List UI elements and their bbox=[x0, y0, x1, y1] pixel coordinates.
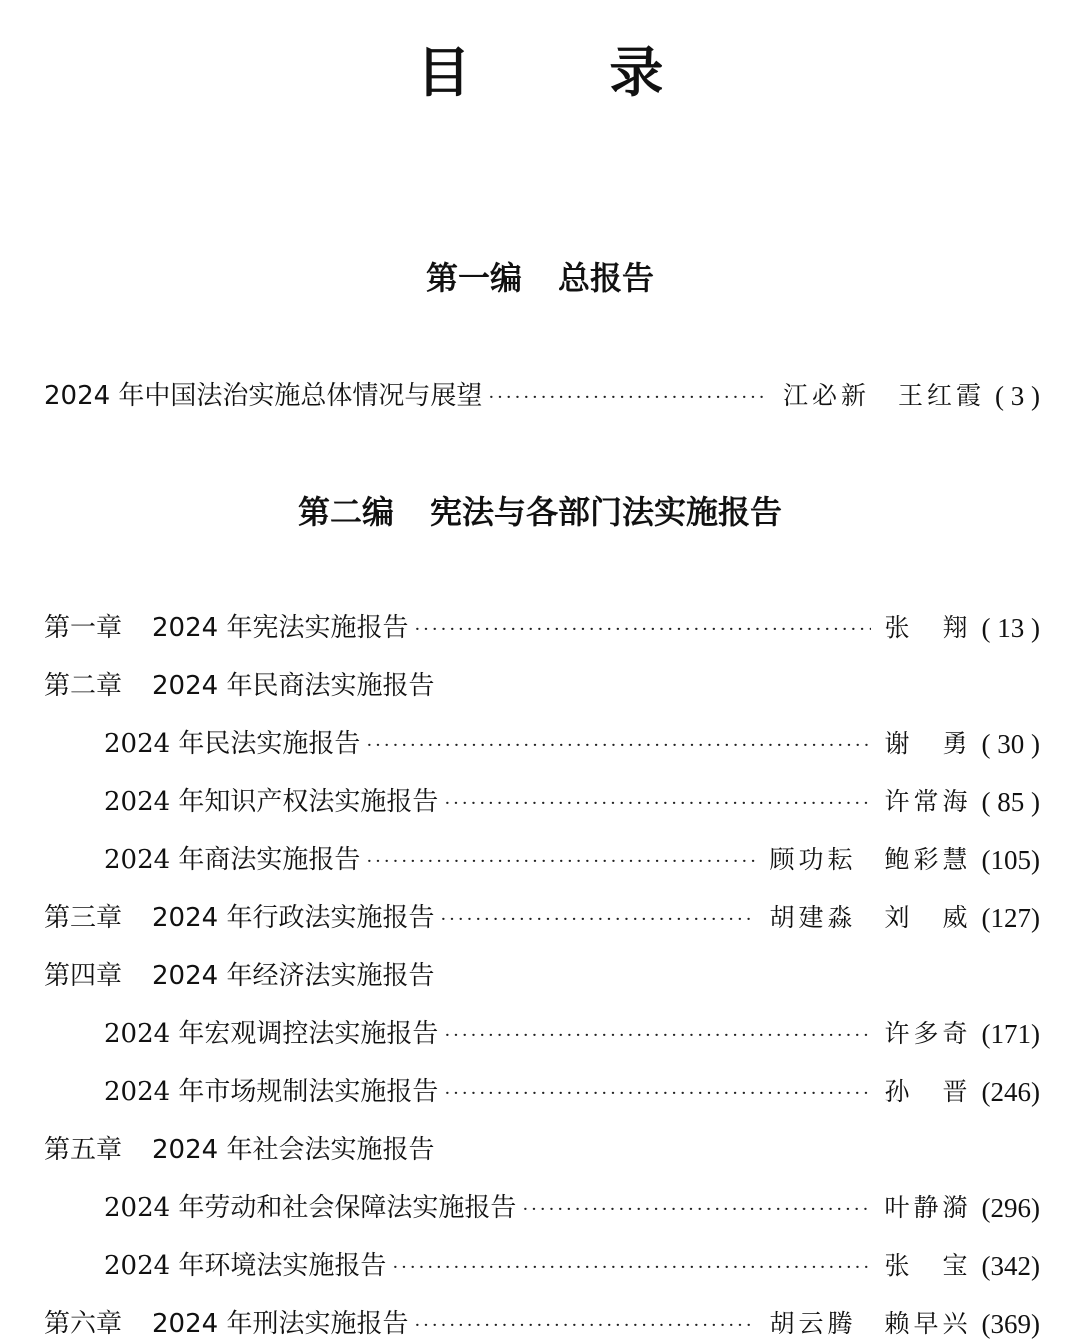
toc-entry[interactable]: 第六章 2024 年刑法实施报告 胡云腾 赖早兴 (369) bbox=[44, 1304, 1040, 1344]
entry-title: 2024 年宪法实施报告 bbox=[152, 608, 408, 648]
entry-page: (296) bbox=[982, 1188, 1040, 1228]
entry-title: 2024 年刑法实施报告 bbox=[152, 1304, 408, 1344]
toc-entry[interactable]: 2024 年知识产权法实施报告 许常海 ( 85 ) bbox=[104, 782, 1040, 822]
entry-author: 叶静漪 bbox=[885, 1188, 972, 1228]
page-title: 目 录 bbox=[0, 40, 1080, 104]
entry-title: 2024 年行政法实施报告 bbox=[152, 898, 434, 938]
entry-page: (105) bbox=[982, 840, 1040, 880]
toc-entry[interactable]: 2024 年中国法治实施总体情况与展望 江必新 王红霞 ( 3 ) bbox=[44, 376, 1040, 416]
entry-title: 2024 年市场规制法实施报告 bbox=[104, 1072, 438, 1112]
leader-dots bbox=[444, 1074, 870, 1114]
entry-page: (369) bbox=[982, 1304, 1040, 1344]
entry-author: 许常海 bbox=[885, 782, 972, 822]
toc-entry[interactable]: 第五章 2024 年社会法实施报告 bbox=[44, 1130, 1040, 1170]
entry-author: 胡云腾 bbox=[769, 1304, 856, 1344]
entry-page: (127) bbox=[982, 898, 1040, 938]
toc-entry[interactable]: 第四章 2024 年经济法实施报告 bbox=[44, 956, 1040, 996]
leader-dots bbox=[392, 1248, 870, 1288]
chapter-label: 第二章 bbox=[44, 666, 122, 706]
toc-entry[interactable]: 2024 年宏观调控法实施报告 许多奇 (171) bbox=[104, 1014, 1040, 1054]
entry-author: 王红霞 bbox=[898, 376, 985, 416]
toc-entry[interactable]: 2024 年商法实施报告 顾功耘 鲍彩慧 (105) bbox=[104, 840, 1040, 880]
entry-title: 2024 年社会法实施报告 bbox=[152, 1130, 434, 1170]
leader-dots bbox=[488, 378, 769, 418]
entry-page: ( 85 ) bbox=[982, 782, 1040, 822]
part-heading-2: 第二编宪法与各部门法实施报告 bbox=[0, 492, 1080, 532]
chapter-label: 第五章 bbox=[44, 1130, 122, 1170]
entry-title: 2024 年民法实施报告 bbox=[104, 724, 360, 764]
entry-page: (246) bbox=[982, 1072, 1040, 1112]
toc-entry[interactable]: 2024 年民法实施报告 谢 勇 ( 30 ) bbox=[104, 724, 1040, 764]
leader-dots bbox=[414, 610, 870, 650]
part-label: 第二编 bbox=[298, 493, 394, 531]
entry-author: 顾功耘 bbox=[769, 840, 856, 880]
leader-dots bbox=[414, 1306, 755, 1344]
entry-author: 张 翔 bbox=[885, 608, 972, 648]
leader-dots bbox=[444, 1016, 870, 1056]
entry-author: 谢 勇 bbox=[885, 724, 972, 764]
chapter-label: 第三章 bbox=[44, 898, 122, 938]
entry-title: 2024 年中国法治实施总体情况与展望 bbox=[44, 376, 482, 416]
entry-title: 2024 年环境法实施报告 bbox=[104, 1246, 386, 1286]
leader-dots bbox=[366, 842, 755, 882]
entry-author: 张 宝 bbox=[885, 1246, 972, 1286]
part-heading-1: 第一编总报告 bbox=[0, 258, 1080, 298]
entry-author: 江必新 bbox=[783, 376, 870, 416]
toc-entry[interactable]: 2024 年劳动和社会保障法实施报告 叶静漪 (296) bbox=[104, 1188, 1040, 1228]
toc-entry[interactable]: 第三章 2024 年行政法实施报告 胡建淼 刘 威 (127) bbox=[44, 898, 1040, 938]
entry-author: 赖早兴 bbox=[885, 1304, 972, 1344]
toc-entry[interactable]: 第一章 2024 年宪法实施报告 张 翔 ( 13 ) bbox=[44, 608, 1040, 648]
entry-page: ( 13 ) bbox=[982, 608, 1040, 648]
entry-title: 2024 年民商法实施报告 bbox=[152, 666, 434, 706]
entry-page: ( 3 ) bbox=[995, 376, 1040, 416]
leader-dots bbox=[522, 1190, 870, 1230]
part-label: 第一编 bbox=[426, 259, 522, 297]
toc-entry[interactable]: 2024 年市场规制法实施报告 孙 晋 (246) bbox=[104, 1072, 1040, 1112]
leader-dots bbox=[444, 784, 870, 824]
entry-page: (342) bbox=[982, 1246, 1040, 1286]
entry-title: 2024 年宏观调控法实施报告 bbox=[104, 1014, 438, 1054]
toc-entry[interactable]: 第二章 2024 年民商法实施报告 bbox=[44, 666, 1040, 706]
leader-dots bbox=[440, 900, 755, 940]
entry-page: ( 30 ) bbox=[982, 724, 1040, 764]
entry-author: 孙 晋 bbox=[885, 1072, 972, 1112]
part-name: 宪法与各部门法实施报告 bbox=[430, 493, 782, 531]
entry-title: 2024 年知识产权法实施报告 bbox=[104, 782, 438, 822]
entry-title: 2024 年劳动和社会保障法实施报告 bbox=[104, 1188, 516, 1228]
entry-author: 鲍彩慧 bbox=[885, 840, 972, 880]
toc-entry[interactable]: 2024 年环境法实施报告 张 宝 (342) bbox=[104, 1246, 1040, 1286]
entry-author: 许多奇 bbox=[885, 1014, 972, 1054]
entry-author: 胡建淼 bbox=[769, 898, 856, 938]
entry-page: (171) bbox=[982, 1014, 1040, 1054]
entry-title: 2024 年经济法实施报告 bbox=[152, 956, 434, 996]
entry-title: 2024 年商法实施报告 bbox=[104, 840, 360, 880]
chapter-label: 第一章 bbox=[44, 608, 122, 648]
entry-author: 刘 威 bbox=[885, 898, 972, 938]
chapter-label: 第六章 bbox=[44, 1304, 122, 1344]
chapter-label: 第四章 bbox=[44, 956, 122, 996]
part-name: 总报告 bbox=[558, 259, 654, 297]
leader-dots bbox=[366, 726, 870, 766]
